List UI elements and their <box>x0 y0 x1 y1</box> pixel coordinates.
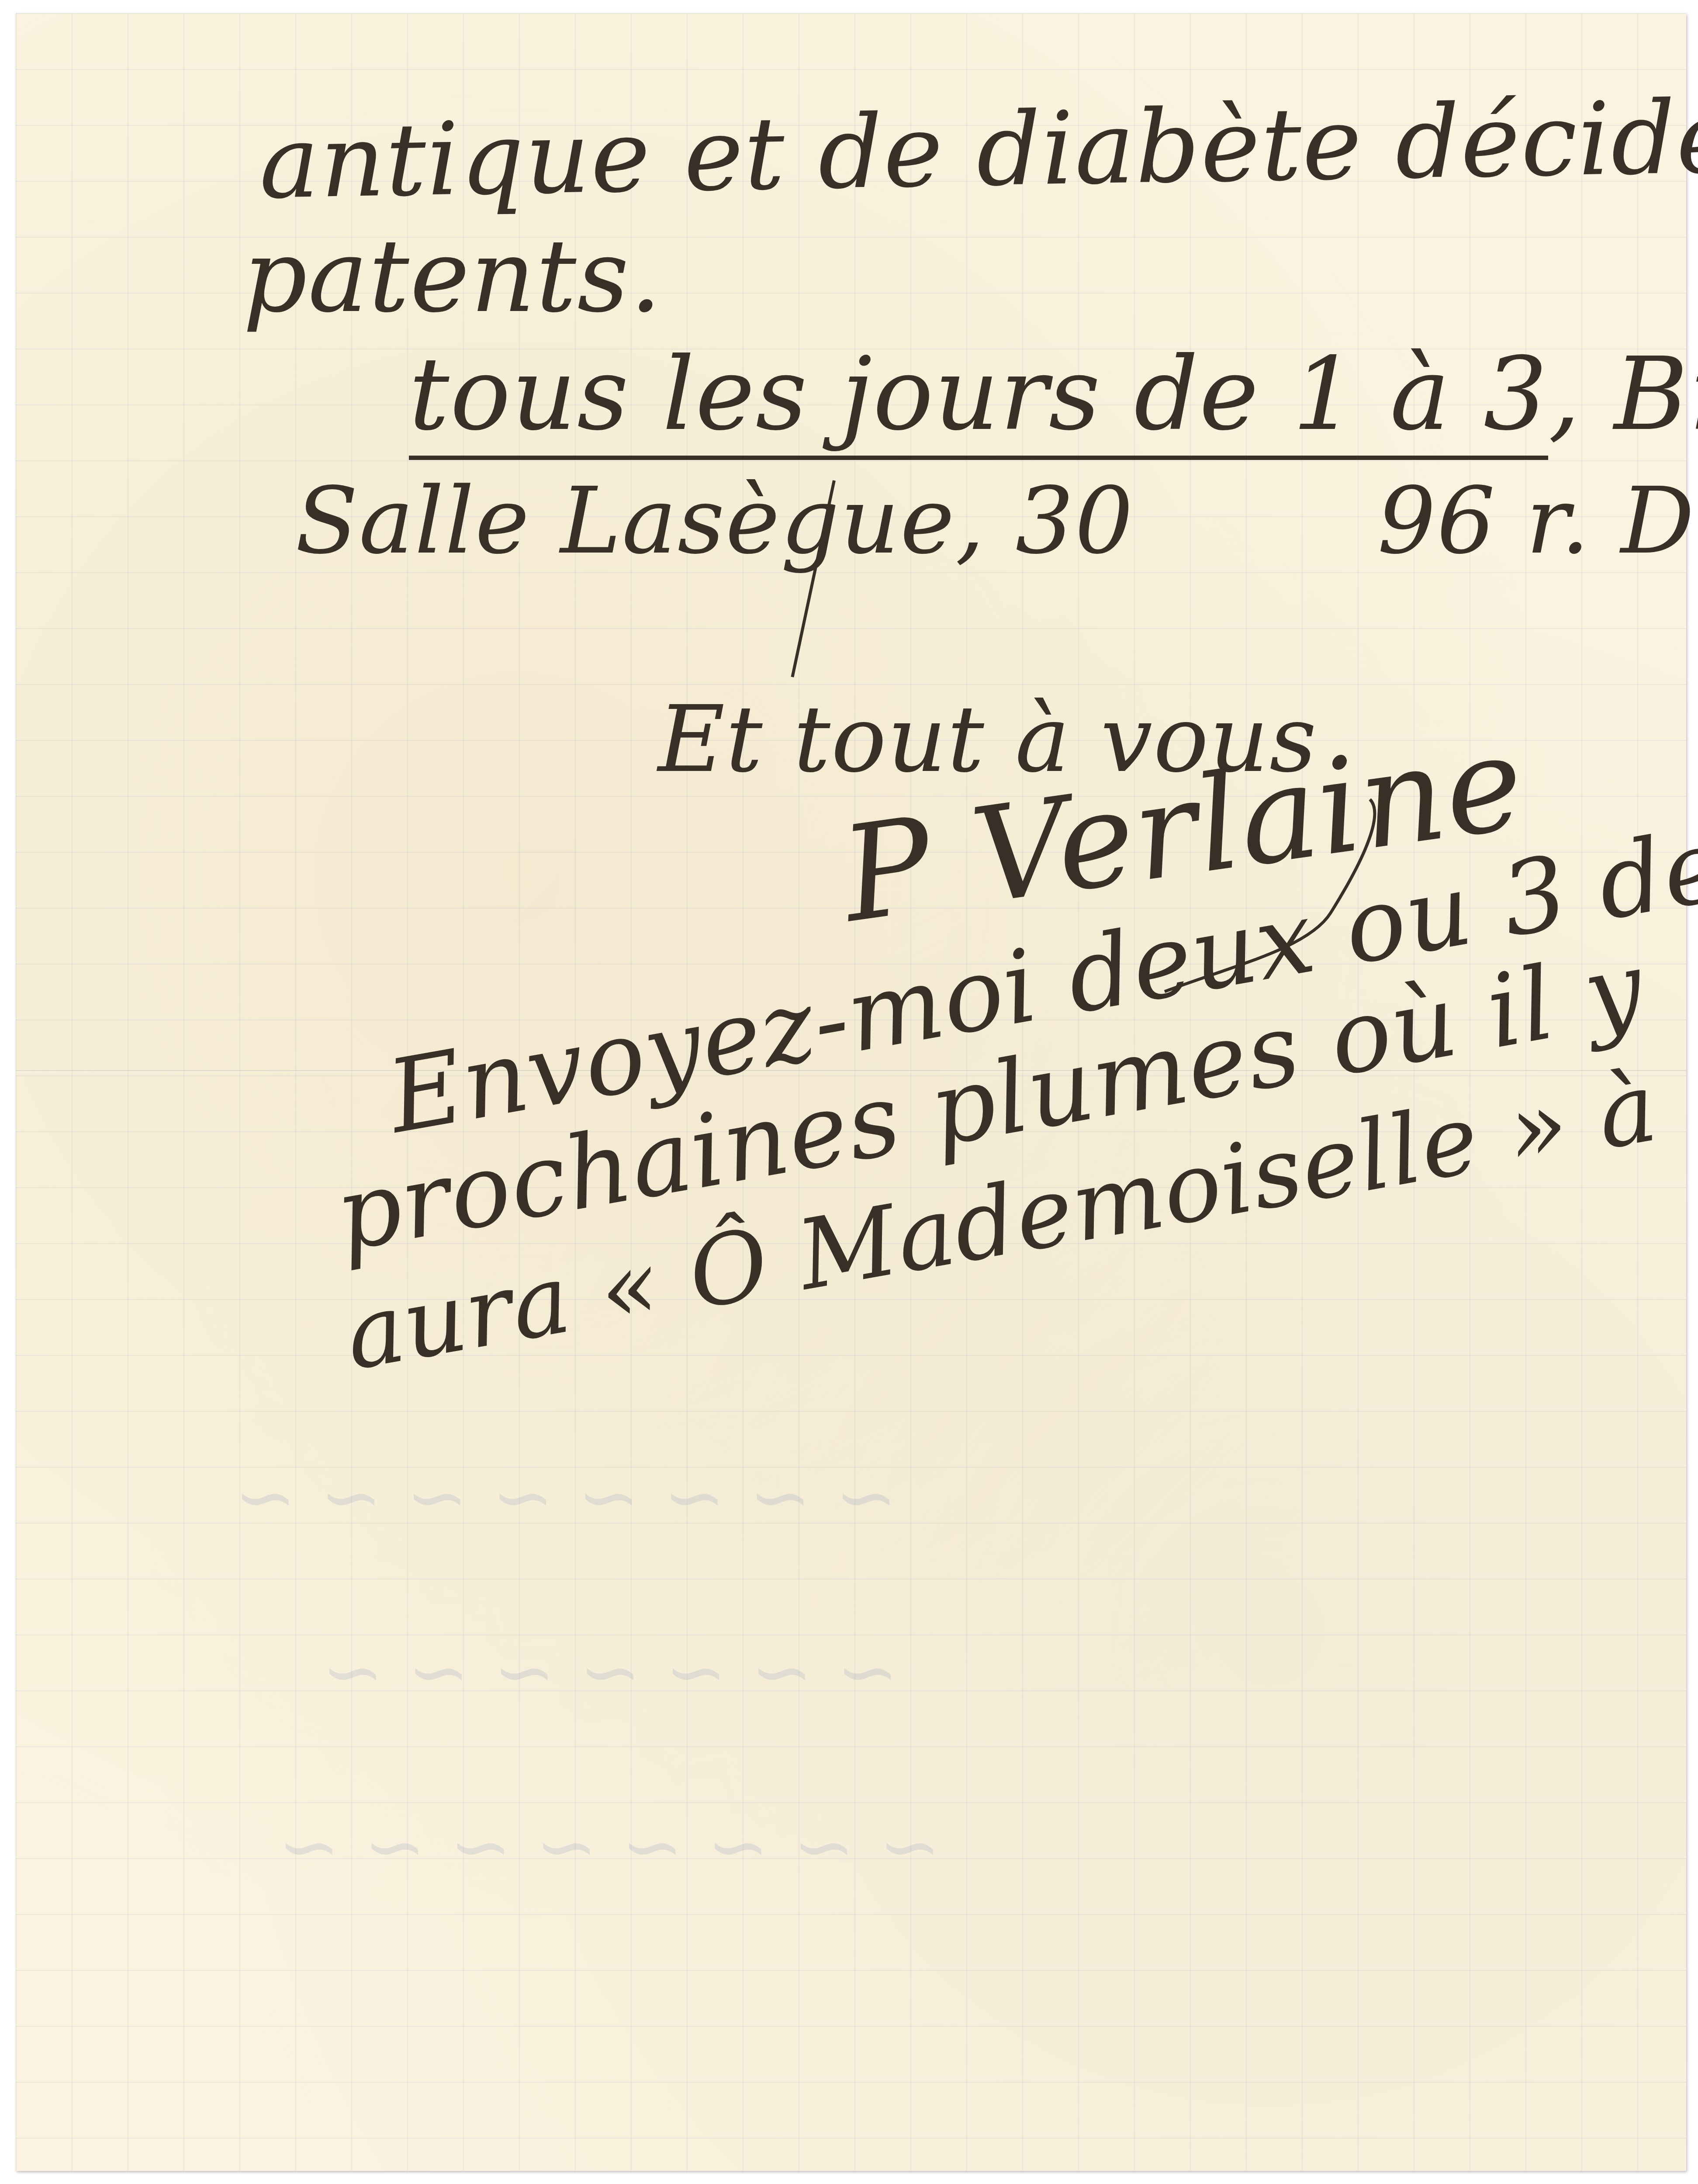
text-line-hours: tous les jours de 1 à 3, Broussais <box>409 336 1698 453</box>
underlined-hours: tous les jours de 1 à 3 <box>409 336 1548 460</box>
text-line-2: patents. <box>243 218 663 335</box>
text-line-1: antique et de diabète décidément <box>258 74 1698 221</box>
address-ward: Salle Lasègue, 30 <box>295 467 1134 574</box>
hospital-name: Broussais <box>1614 336 1698 453</box>
bleed-through-text: ~ ~ ~ ~ ~ ~ ~ ~ <box>234 1455 897 1541</box>
bleed-through-text: ~ ~ ~ ~ ~ ~ ~ <box>322 1629 899 1716</box>
address-street: 96 r. Didot <box>1377 467 1698 574</box>
letter-page: ~ ~ ~ ~ ~ ~ ~ ~ ~ ~ ~ ~ ~ ~ ~ ~ ~ ~ ~ ~ … <box>16 13 1686 2171</box>
bleed-through-text: ~ ~ ~ ~ ~ ~ ~ ~ <box>278 1804 941 1890</box>
hospital-separator: , <box>1548 336 1614 453</box>
text-line-address: Salle Lasègue, 30 96 r. Didot <box>295 467 1698 574</box>
